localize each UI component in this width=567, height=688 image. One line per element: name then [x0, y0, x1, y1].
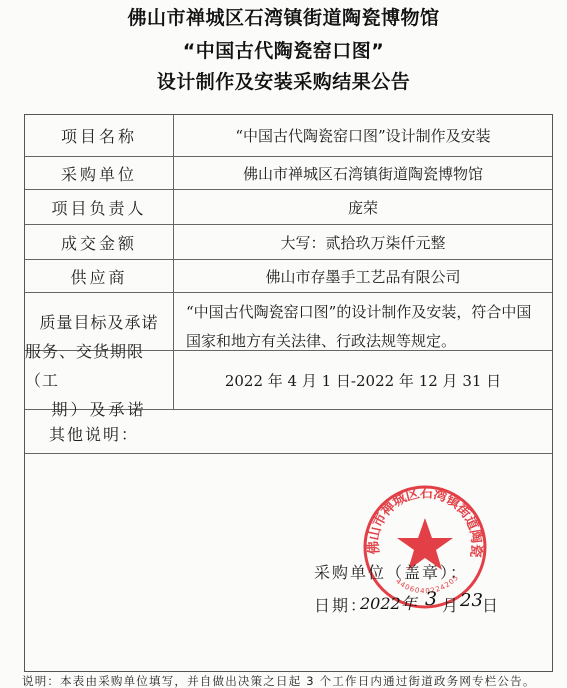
row-label: 供应商 — [25, 260, 174, 292]
row-value: 庞荣 — [174, 190, 552, 224]
table-row-other-notes: 其他说明： — [25, 410, 552, 454]
handwritten-year: 2022年 — [360, 591, 417, 614]
other-notes-label: 其他说明： — [49, 422, 139, 445]
footnote: 说明：本表由采购单位填写，并自做出决策之日起 3 个工作日内通过街道政务网专栏公… — [22, 673, 536, 688]
table-row-project-lead: 项目负责人 庞荣 — [25, 190, 552, 225]
row-label: 成交金额 — [25, 225, 174, 259]
handwritten-day: 23 — [460, 590, 483, 611]
row-value: 佛山市禅城区石湾镇街道陶瓷博物馆 — [174, 157, 552, 189]
table-row-delivery-period: 服务、交货期限（工 期）及承诺 2022 年 4 月 1 日-2022 年 12… — [25, 351, 552, 410]
row-label: 采购单位 — [25, 157, 174, 189]
row-value: 佛山市存墨手工艺品有限公司 — [174, 260, 552, 292]
title-line-2: “中国古代陶瓷窑口图” — [0, 36, 567, 63]
row-label: 项目负责人 — [25, 190, 174, 224]
row-value: “中国古代陶瓷窑口图”设计制作及安装 — [174, 115, 552, 156]
table-row-purchaser: 采购单位 佛山市禅城区石湾镇街道陶瓷博物馆 — [25, 157, 552, 190]
row-value: 大写：贰拾玖万柒仟元整 — [174, 225, 552, 259]
row-label: 服务、交货期限（工 期）及承诺 — [25, 351, 174, 409]
day-unit: 日 — [482, 593, 500, 616]
title-line-3: 设计制作及安装采购结果公告 — [0, 67, 567, 94]
row-value: 2022 年 4 月 1 日-2022 年 12 月 31 日 — [174, 351, 552, 409]
table-row-amount: 成交金额 大写：贰拾玖万柒仟元整 — [25, 225, 552, 260]
month-unit: 月 — [442, 593, 460, 616]
title-line-1: 佛山市禅城区石湾镇街道陶瓷博物馆 — [0, 3, 567, 30]
table-row-project-name: 项目名称 “中国古代陶瓷窑口图”设计制作及安装 — [25, 115, 552, 157]
row-value: “中国古代陶瓷窑口图”的设计制作及安装，符合中国国家和地方有关法律、行政法规等规… — [174, 293, 552, 355]
purchaser-seal-label: 采购单位（盖章）： — [314, 560, 468, 583]
row-label-line-1: 服务、交货期限（工 — [25, 337, 173, 395]
table-row-supplier: 供应商 佛山市存墨手工艺品有限公司 — [25, 260, 552, 293]
handwritten-month: 3 — [425, 588, 437, 610]
row-label: 项目名称 — [25, 115, 174, 156]
